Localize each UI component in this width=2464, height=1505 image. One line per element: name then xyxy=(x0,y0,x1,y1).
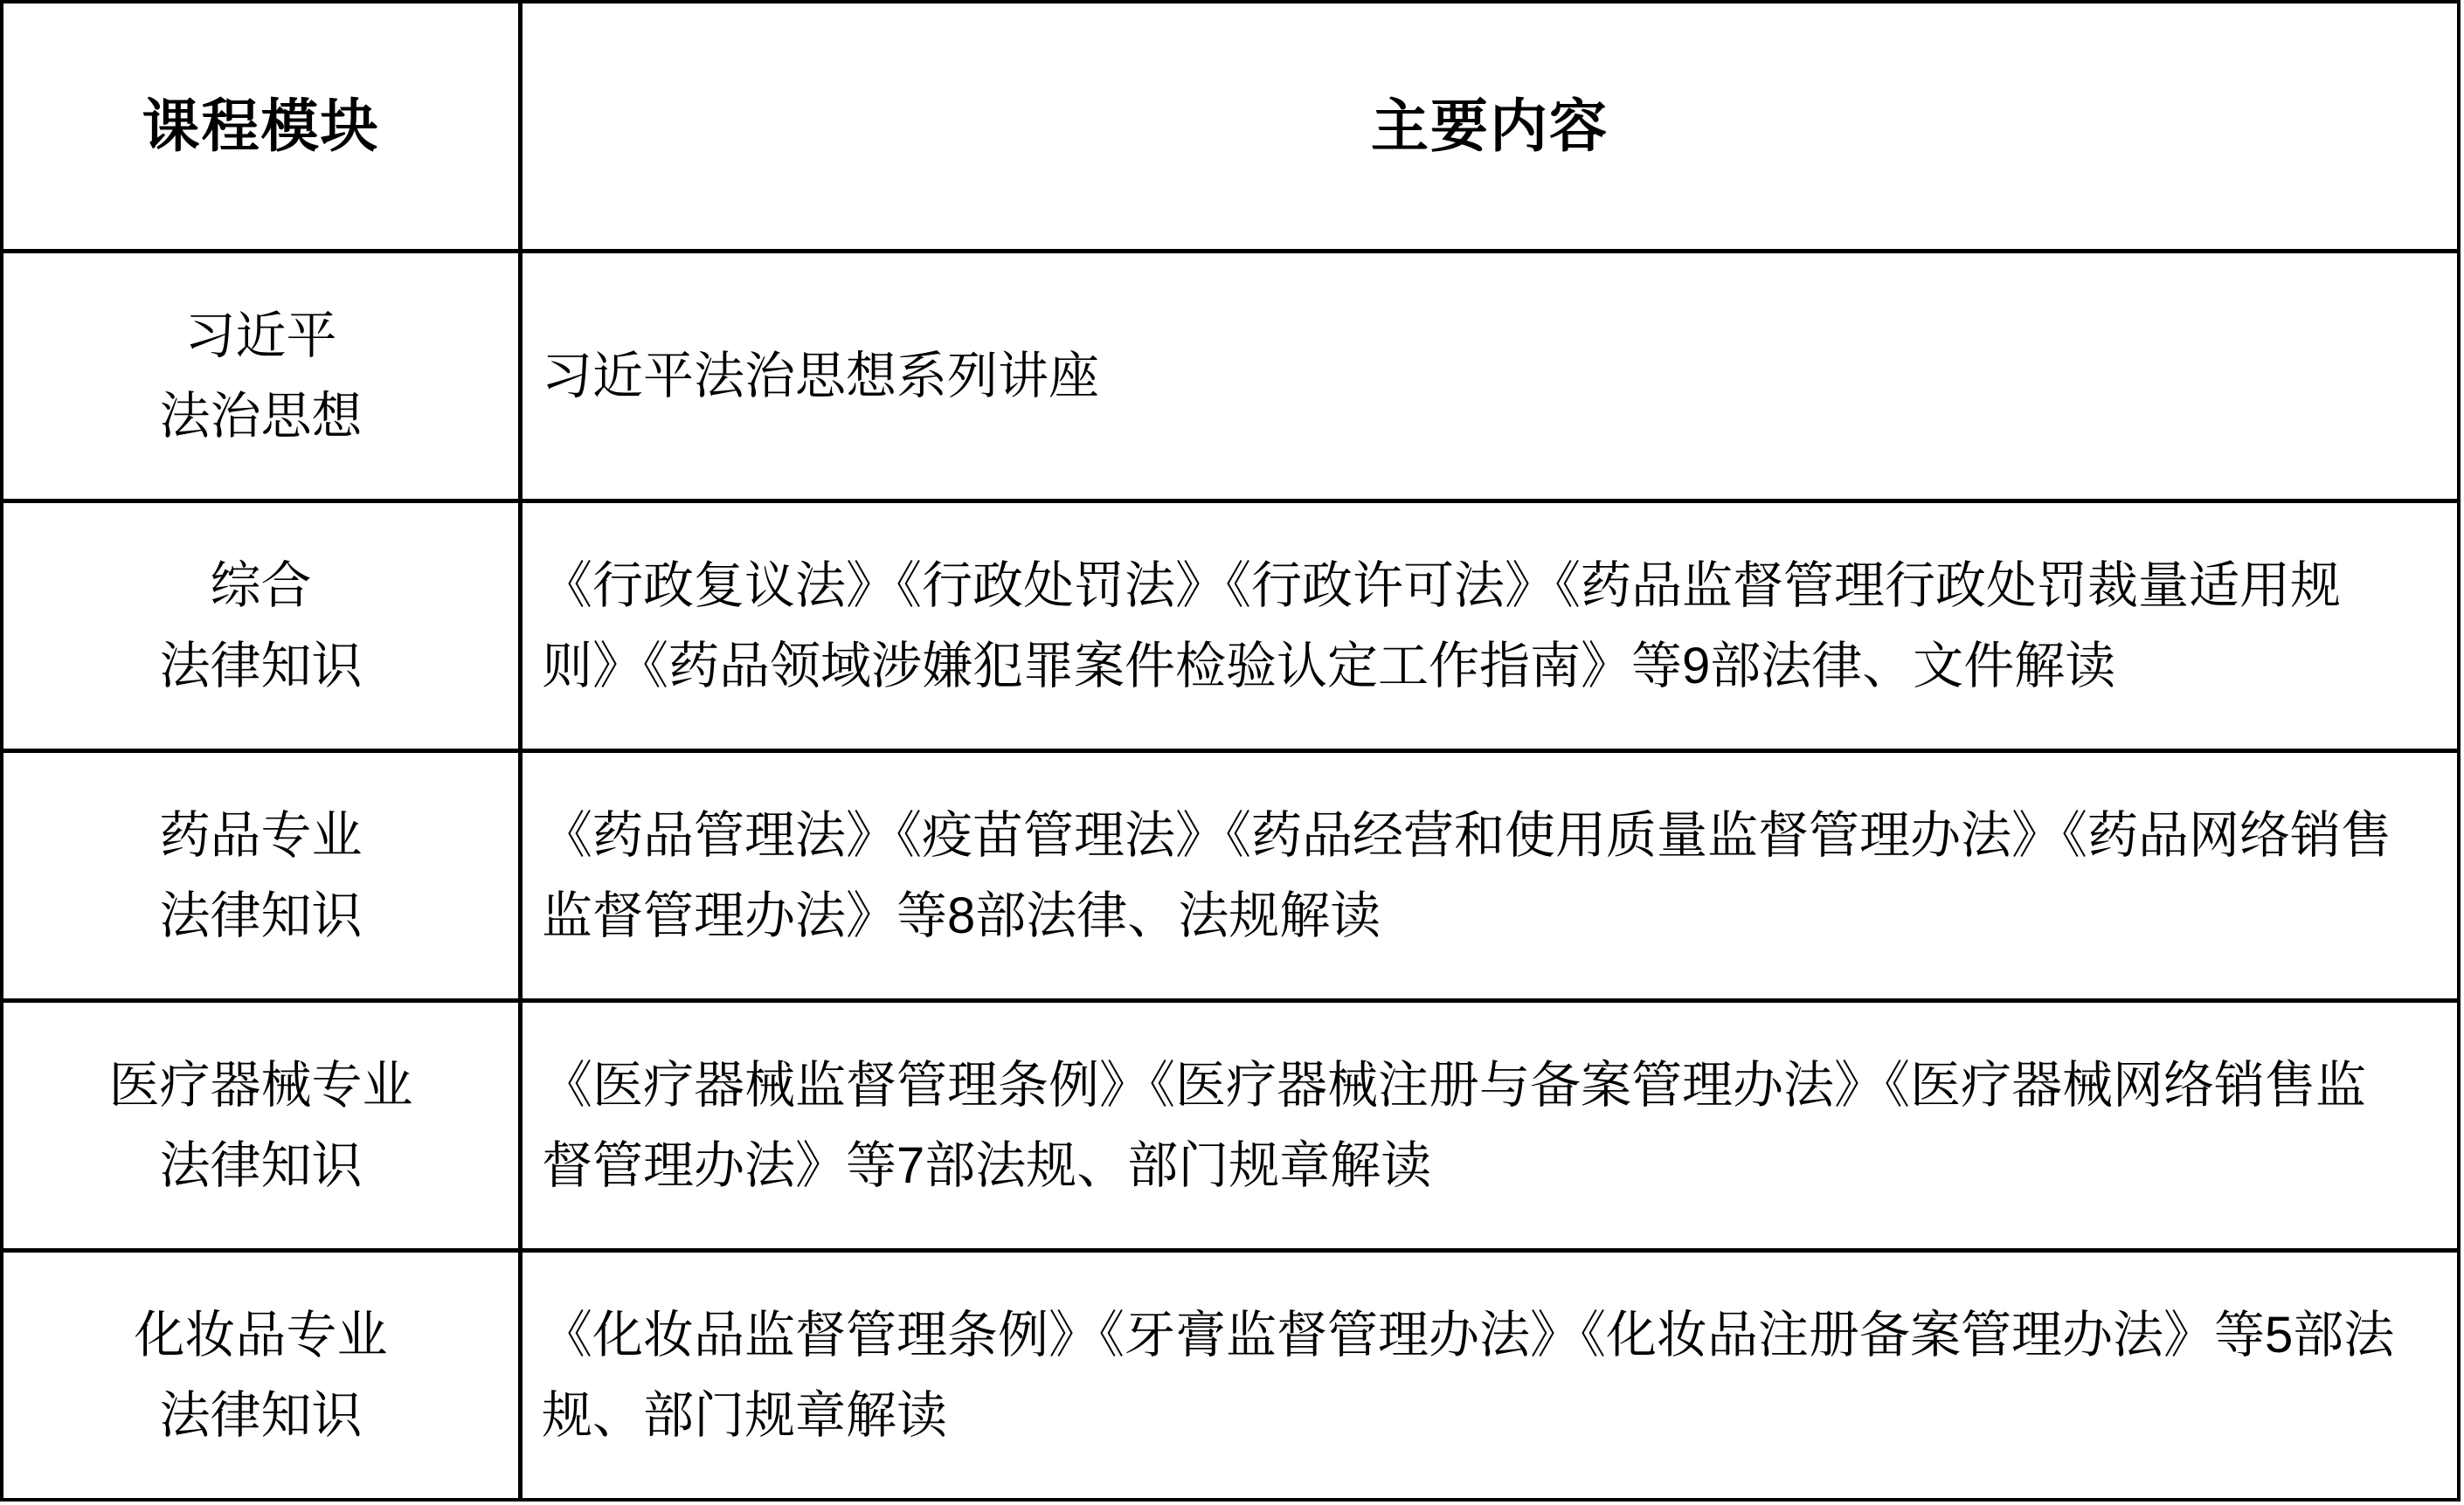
course-modules-table: 课程模块 主要内容 习近平 法治思想 习近平法治思想系列讲座 综合 法律知识 《… xyxy=(0,0,2461,1502)
module-label: 化妆品专业 法律知识 xyxy=(134,1295,387,1456)
module-label-line1: 综合 xyxy=(159,546,362,626)
header-label-module: 课程模块 xyxy=(142,92,380,161)
table-row-cosmetics-legal-knowledge: 化妆品专业 法律知识 《化妆品监督管理条例》《牙膏监督管理办法》《化妆品注册备案… xyxy=(3,1248,2457,1498)
module-label-line1: 药品专业 xyxy=(159,796,362,876)
module-label: 药品专业 法律知识 xyxy=(159,796,362,956)
module-cell-xijinping-rule-of-law: 习近平 法治思想 xyxy=(3,253,523,499)
content-cell-drug-legal-knowledge: 《药品管理法》《疫苗管理法》《药品经营和使用质量监督管理办法》《药品网络销售监督… xyxy=(523,753,2457,998)
content-text: 《药品管理法》《疫苗管理法》《药品经营和使用质量监督管理办法》《药品网络销售监督… xyxy=(542,796,2413,956)
module-label-line1: 习近平 xyxy=(159,296,362,376)
content-cell-general-legal-knowledge: 《行政复议法》《行政处罚法》《行政许可法》《药品监督管理行政处罚裁量适用规则》《… xyxy=(523,503,2457,749)
content-cell-medical-device-legal-knowledge: 《医疗器械监督管理条例》《医疗器械注册与备案管理办法》《医疗器械网络销售监督管理… xyxy=(523,1003,2457,1248)
table-row-general-legal-knowledge: 综合 法律知识 《行政复议法》《行政处罚法》《行政许可法》《药品监督管理行政处罚… xyxy=(3,499,2457,749)
table-row-medical-device-legal-knowledge: 医疗器械专业 法律知识 《医疗器械监督管理条例》《医疗器械注册与备案管理办法》《… xyxy=(3,998,2457,1248)
module-cell-drug-legal-knowledge: 药品专业 法律知识 xyxy=(3,753,523,998)
module-label: 医疗器械专业 法律知识 xyxy=(108,1046,412,1206)
header-cell-content: 主要内容 xyxy=(523,3,2457,249)
module-label-line2: 法律知识 xyxy=(159,876,362,956)
content-text: 《行政复议法》《行政处罚法》《行政许可法》《药品监督管理行政处罚裁量适用规则》《… xyxy=(542,546,2413,707)
content-text: 《化妆品监督管理条例》《牙膏监督管理办法》《化妆品注册备案管理办法》等5部法规、… xyxy=(542,1295,2413,1456)
module-label-line1: 医疗器械专业 xyxy=(108,1046,412,1126)
header-label-content: 主要内容 xyxy=(1371,92,1609,161)
table-row-drug-legal-knowledge: 药品专业 法律知识 《药品管理法》《疫苗管理法》《药品经营和使用质量监督管理办法… xyxy=(3,749,2457,998)
module-label: 习近平 法治思想 xyxy=(159,296,362,457)
content-cell-cosmetics-legal-knowledge: 《化妆品监督管理条例》《牙膏监督管理办法》《化妆品注册备案管理办法》等5部法规、… xyxy=(523,1253,2457,1498)
header-cell-module: 课程模块 xyxy=(3,3,523,249)
module-label: 综合 法律知识 xyxy=(159,546,362,707)
module-label-line2: 法律知识 xyxy=(134,1376,387,1456)
module-label-line1: 化妆品专业 xyxy=(134,1295,387,1376)
module-label-line2: 法律知识 xyxy=(108,1126,412,1206)
module-cell-medical-device-legal-knowledge: 医疗器械专业 法律知识 xyxy=(3,1003,523,1248)
table-header-row: 课程模块 主要内容 xyxy=(3,3,2457,249)
module-cell-general-legal-knowledge: 综合 法律知识 xyxy=(3,503,523,749)
module-label-line2: 法治思想 xyxy=(159,376,362,457)
content-text: 习近平法治思想系列讲座 xyxy=(542,336,1099,417)
module-label-line2: 法律知识 xyxy=(159,626,362,707)
content-text: 《医疗器械监督管理条例》《医疗器械注册与备案管理办法》《医疗器械网络销售监督管理… xyxy=(542,1046,2413,1206)
table-row-xijinping-rule-of-law: 习近平 法治思想 习近平法治思想系列讲座 xyxy=(3,249,2457,499)
content-cell-xijinping-rule-of-law: 习近平法治思想系列讲座 xyxy=(523,253,2457,499)
module-cell-cosmetics-legal-knowledge: 化妆品专业 法律知识 xyxy=(3,1253,523,1498)
